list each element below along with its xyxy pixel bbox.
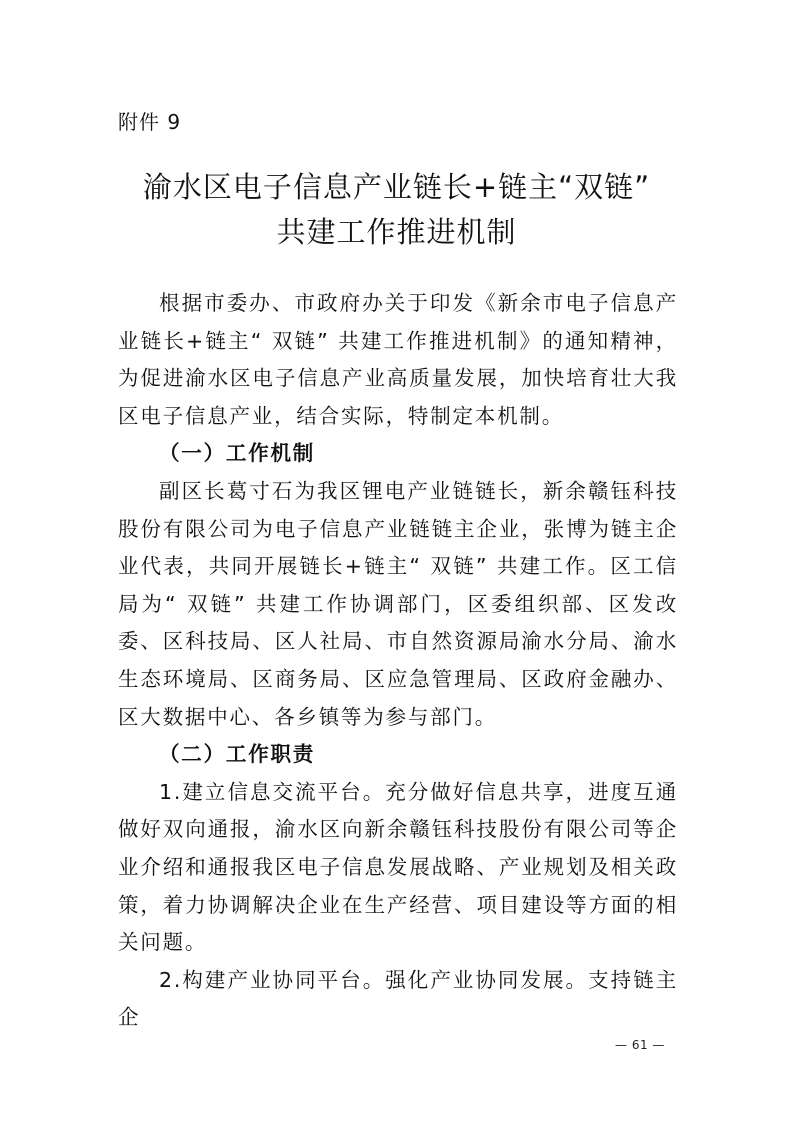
page-number: — 61 — — [615, 1038, 665, 1052]
section-heading-work-duties: （二）工作职责 — [118, 736, 678, 774]
document-page: 附件 9 渝水区电子信息产业链长+链主“双链” 共建工作推进机制 根据市委办、市… — [0, 0, 793, 1122]
section-heading-work-mechanism: （一）工作机制 — [118, 435, 678, 473]
document-title-line-1: 渝水区电子信息产业链长+链主“双链” — [0, 167, 793, 207]
attachment-label: 附件 9 — [118, 108, 181, 136]
work-mechanism-paragraph: 副区长葛寸石为我区锂电产业链链长，新余赣钰科技股份有限公司为电子信息产业链链主企… — [118, 473, 678, 736]
intro-paragraph: 根据市委办、市政府办关于印发《新余市电子信息产业链长+链主“ 双链” 共建工作推… — [118, 285, 678, 435]
document-title-line-2: 共建工作推进机制 — [0, 212, 793, 252]
duty-item-2: 2.构建产业协同平台。强化产业协同发展。支持链主企 — [118, 962, 678, 1037]
duty-item-1: 1.建立信息交流平台。充分做好信息共享，进度互通做好双向通报，渝水区向新余赣钰科… — [118, 774, 678, 962]
document-body: 根据市委办、市政府办关于印发《新余市电子信息产业链长+链主“ 双链” 共建工作推… — [118, 285, 678, 1037]
